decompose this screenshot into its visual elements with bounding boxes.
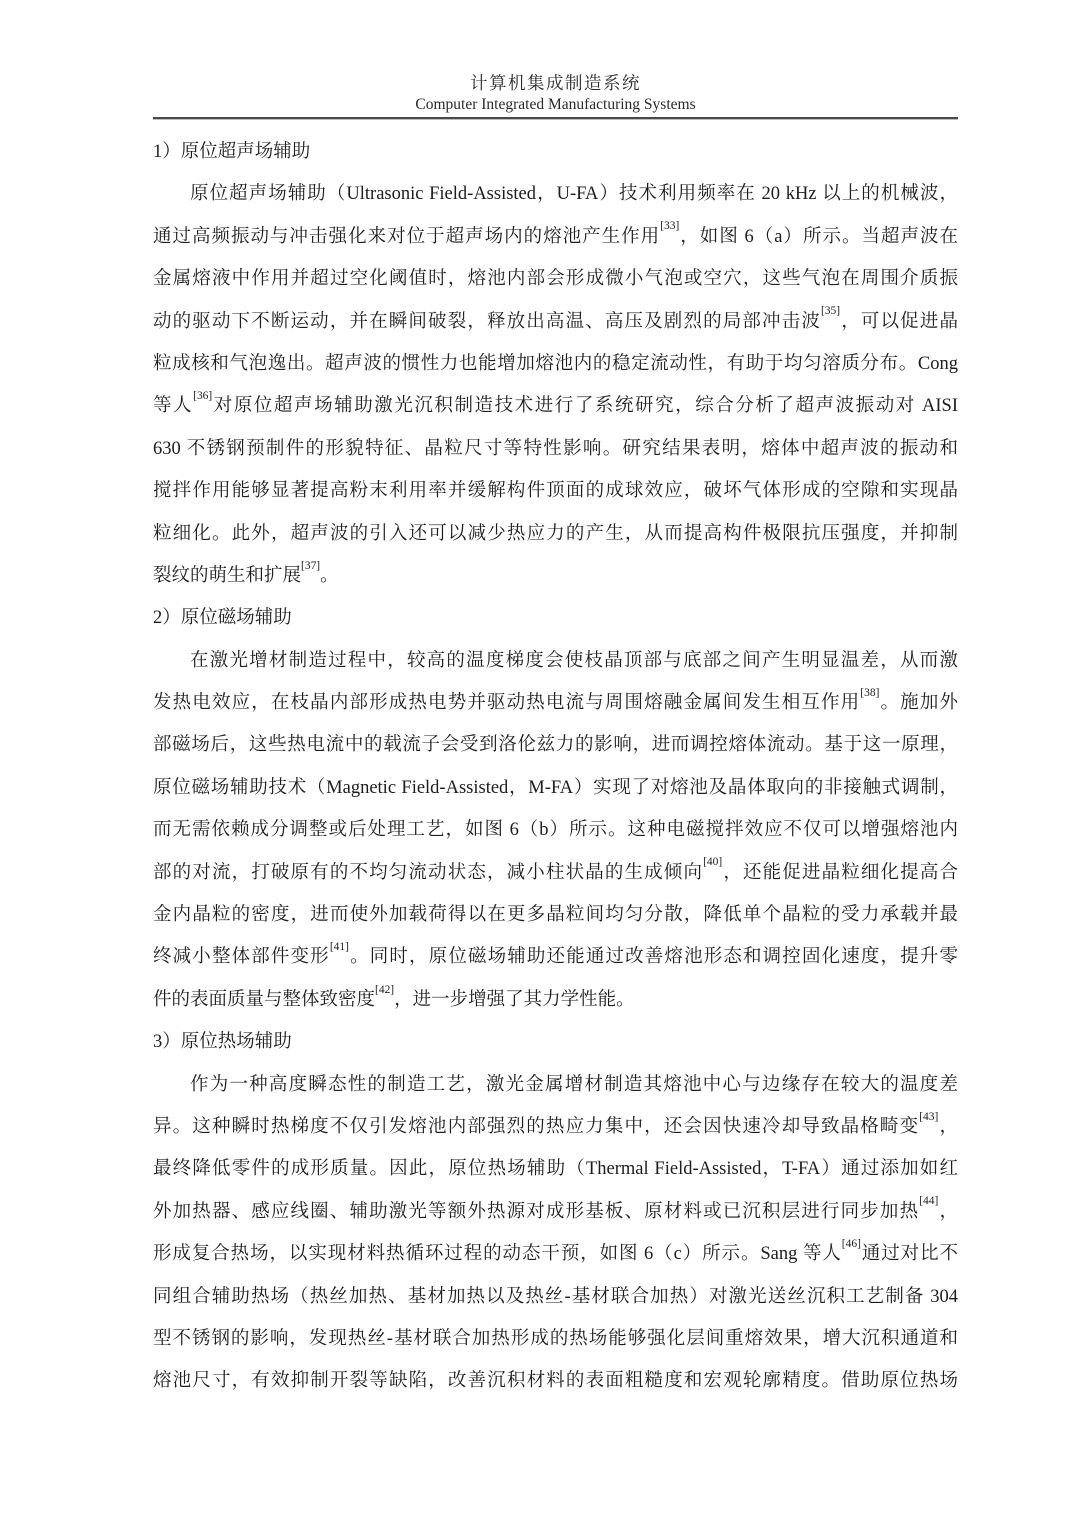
- body-text-line: 外加热器、感应线圈、辅助激光等额外热源对成形基板、原材料或已沉积层进行同步加热[…: [153, 1191, 958, 1233]
- body-text-line: 粒成核和气泡逸出。超声波的惯性力也能增加熔池内的稳定流动性，有助于均匀溶质分布。…: [153, 343, 958, 385]
- body-text-line: 终减小整体部件变形[41]。同时，原位磁场辅助还能通过改善熔池形态和调控固化速度…: [153, 936, 958, 978]
- section-heading: 1）原位超声场辅助: [153, 131, 958, 173]
- body-text-line: 在激光增材制造过程中，较高的温度梯度会使枝晶顶部与底部之间产生明显温差，从而激: [153, 640, 958, 682]
- body-text-line: 搅拌作用能够显著提高粉末利用率并缓解构件顶面的成球效应，破坏气体形成的空隙和实现…: [153, 470, 958, 512]
- body-text-line: 作为一种高度瞬态性的制造工艺，激光金属增材制造其熔池中心与边缘存在较大的温度差: [153, 1064, 958, 1106]
- header-rule: [153, 117, 958, 120]
- body-text-line: 件的表面质量与整体致密度[42]，进一步增强了其力学性能。: [153, 979, 958, 1021]
- body-text-line: 同组合辅助热场（热丝加热、基材加热以及热丝-基材联合加热）对激光送丝沉积工艺制备…: [153, 1276, 958, 1318]
- journal-title-zh: 计算机集成制造系统: [153, 72, 958, 94]
- body-text-line: 而无需依赖成分调整或后处理工艺，如图 6（b）所示。这种电磁搅拌效应不仅可以增强…: [153, 809, 958, 851]
- document-body: 1）原位超声场辅助原位超声场辅助（Ultrasonic Field-Assist…: [153, 131, 958, 1403]
- body-text-line: 通过高频振动与冲击强化来对位于超声场内的熔池产生作用[33]，如图 6（a）所示…: [153, 216, 958, 258]
- journal-title-en: Computer Integrated Manufacturing System…: [153, 94, 958, 115]
- body-text-line: 裂纹的萌生和扩展[37]。: [153, 555, 958, 597]
- body-text-line: 异。这种瞬时热梯度不仅引发熔池内部强烈的热应力集中，还会因快速冷却导致晶格畸变[…: [153, 1106, 958, 1148]
- body-text-line: 金内晶粒的密度，进而使外加载荷得以在更多晶粒间均匀分散，降低单个晶粒的受力承载并…: [153, 894, 958, 936]
- body-text-line: 动的驱动下不断运动，并在瞬间破裂，释放出高温、高压及剧烈的局部冲击波[35]，可…: [153, 301, 958, 343]
- body-text-line: 型不锈钢的影响，发现热丝-基材联合加热形成的热场能够强化层间重熔效果，增大沉积通…: [153, 1318, 958, 1360]
- document-page: 计算机集成制造系统 Computer Integrated Manufactur…: [0, 0, 1080, 1527]
- section-heading: 3）原位热场辅助: [153, 1021, 958, 1063]
- body-text-line: 粒细化。此外，超声波的引入还可以减少热应力的产生，从而提高构件极限抗压强度，并抑…: [153, 513, 958, 555]
- body-text-line: 部的对流，打破原有的不均匀流动状态，减小柱状晶的生成倾向[40]，还能促进晶粒细…: [153, 852, 958, 894]
- section-heading: 2）原位磁场辅助: [153, 597, 958, 639]
- body-text-line: 发热电效应，在枝晶内部形成热电势并驱动热电流与周围熔融金属间发生相互作用[38]…: [153, 682, 958, 724]
- body-text-line: 原位磁场辅助技术（Magnetic Field-Assisted，M-FA）实现…: [153, 767, 958, 809]
- body-text-line: 部磁场后，这些热电流中的载流子会受到洛伦兹力的影响，进而调控熔体流动。基于这一原…: [153, 724, 958, 766]
- page-header: 计算机集成制造系统 Computer Integrated Manufactur…: [153, 72, 958, 115]
- body-text-line: 630 不锈钢预制件的形貌特征、晶粒尺寸等特性影响。研究结果表明，熔体中超声波的…: [153, 428, 958, 470]
- body-text-line: 熔池尺寸，有效抑制开裂等缺陷，改善沉积材料的表面粗糙度和宏观轮廓精度。借助原位热…: [153, 1360, 958, 1402]
- body-text-line: 金属熔液中作用并超过空化阈值时，熔池内部会形成微小气泡或空穴，这些气泡在周围介质…: [153, 258, 958, 300]
- body-text-line: 原位超声场辅助（Ultrasonic Field-Assisted，U-FA）技…: [153, 173, 958, 215]
- body-text-line: 等人[36]对原位超声场辅助激光沉积制造技术进行了系统研究，综合分析了超声波振动…: [153, 385, 958, 427]
- body-text-line: 形成复合热场，以实现材料热循环过程的动态干预，如图 6（c）所示。Sang 等人…: [153, 1233, 958, 1275]
- body-text-line: 最终降低零件的成形质量。因此，原位热场辅助（Thermal Field-Assi…: [153, 1148, 958, 1190]
